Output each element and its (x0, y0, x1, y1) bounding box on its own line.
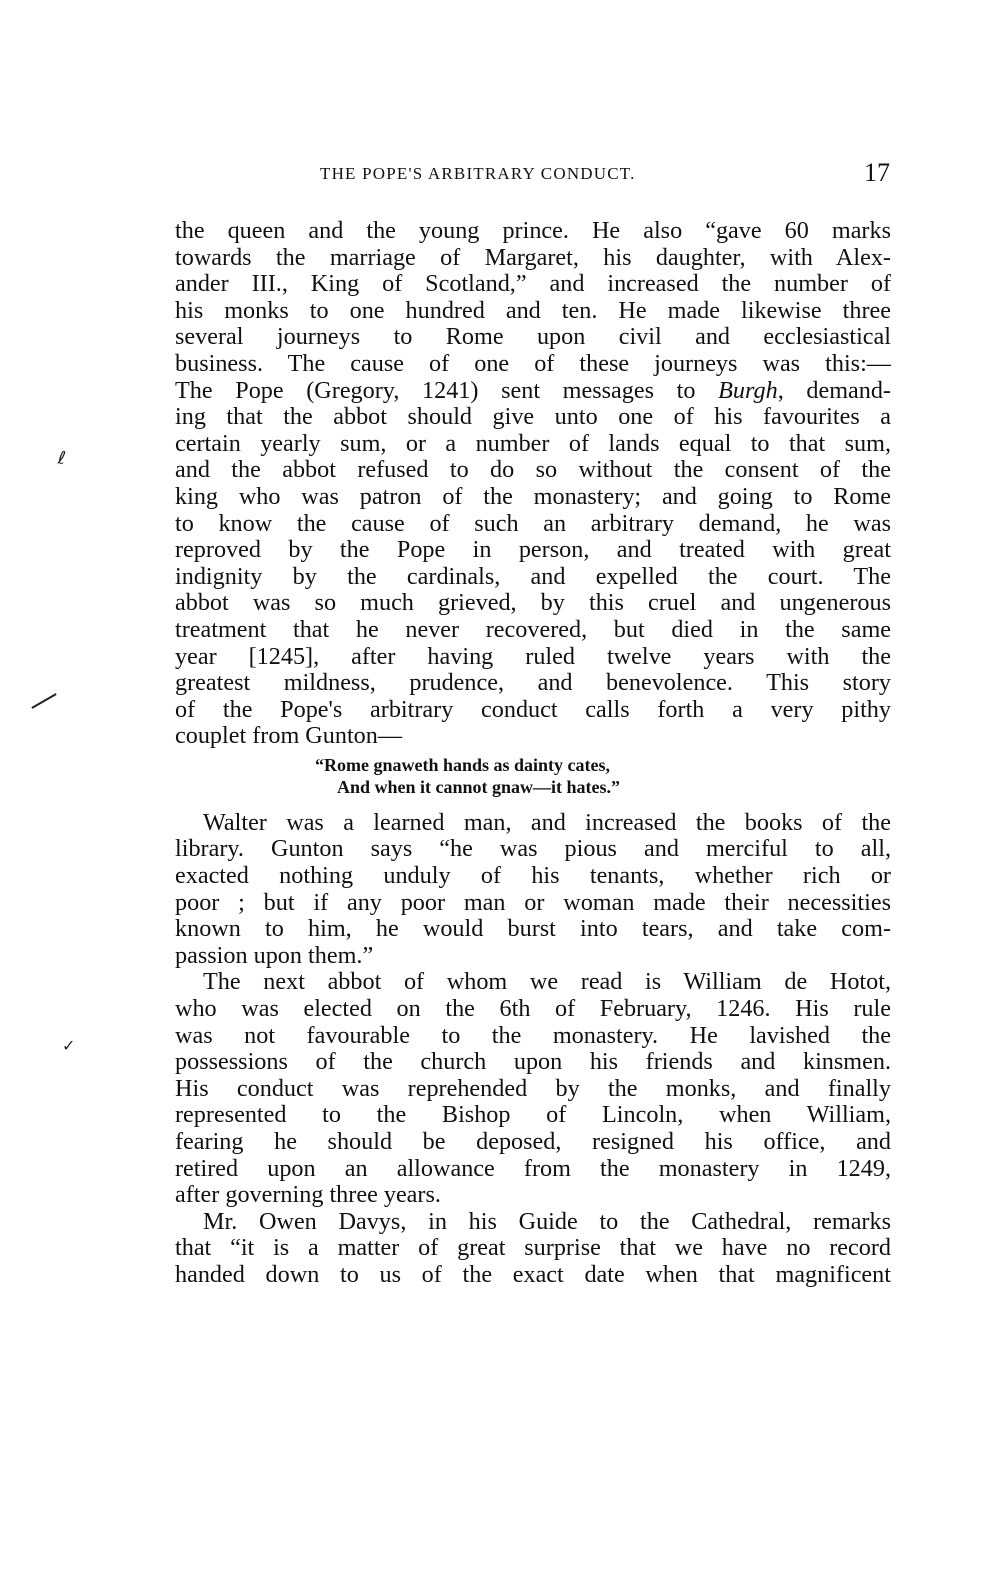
text-line: The Pope (Gregory, 1241) sent messages t… (175, 378, 891, 405)
text-line: reproved by the Pope in person, and trea… (175, 537, 891, 564)
verse-couplet: “Rome gnaweth hands as dainty cates, And… (175, 754, 891, 798)
body-text: the queen and the young prince. He also … (175, 218, 891, 1289)
text-run: , demand- (778, 377, 891, 404)
text-line: greatest mildness, prudence, and benevol… (175, 670, 891, 697)
running-head: The Pope's Arbitrary Conduct. 17 (175, 160, 890, 190)
pencil-stroke-icon (31, 693, 56, 709)
text-line: Walter was a learned man, and increased … (175, 810, 891, 837)
text-line: king who was patron of the monastery; an… (175, 484, 891, 511)
check-mark-icon: ✓ (62, 1036, 75, 1055)
text-line: retired upon an allowance from the monas… (175, 1156, 891, 1183)
verse-line: “Rome gnaweth hands as dainty cates, (175, 754, 891, 776)
text-line: ander III., King of Scotland,” and incre… (175, 271, 891, 298)
text-line: treatment that he never recovered, but d… (175, 617, 891, 644)
page-number: 17 (864, 158, 890, 188)
place-name-burgh: Burgh (718, 377, 778, 404)
text-line: poor ; but if any poor man or woman made… (175, 890, 891, 917)
verse-line: And when it cannot gnaw—it hates.” (175, 776, 891, 798)
text-line: His conduct was reprehended by the monks… (175, 1076, 891, 1103)
text-line: represented to the Bishop of Lincoln, wh… (175, 1102, 891, 1129)
text-line: was not favourable to the monastery. He … (175, 1023, 891, 1050)
text-line: after governing three years. (175, 1182, 891, 1209)
text-line: known to him, he would burst into tears,… (175, 916, 891, 943)
text-line: who was elected on the 6th of February, … (175, 996, 891, 1023)
pencil-mark-icon: ℓ (57, 448, 67, 470)
running-title: The Pope's Arbitrary Conduct. (320, 164, 636, 184)
text-line: Mr. Owen Davys, in his Guide to the Cath… (175, 1209, 891, 1236)
text-line: of the Pope's arbitrary conduct calls fo… (175, 697, 891, 724)
text-line: fearing he should be deposed, resigned h… (175, 1129, 891, 1156)
text-line: the queen and the young prince. He also … (175, 218, 891, 245)
text-line: several journeys to Rome upon civil and … (175, 324, 891, 351)
text-line: year [1245], after having ruled twelve y… (175, 644, 891, 671)
text-line: The next abbot of whom we read is Willia… (175, 969, 891, 996)
paragraph-william-de-hotot: The next abbot of whom we read is Willia… (175, 969, 891, 1208)
paragraph-walter: Walter was a learned man, and increased … (175, 810, 891, 970)
text-line: towards the marriage of Margaret, his da… (175, 245, 891, 272)
text-line: to know the cause of such an arbitrary d… (175, 511, 891, 538)
text-line: handed down to us of the exact date when… (175, 1262, 891, 1289)
text-line: passion upon them.” (175, 943, 891, 970)
text-line: ing that the abbot should give unto one … (175, 404, 891, 431)
text-line: possessions of the church upon his frien… (175, 1049, 891, 1076)
text-run: The Pope (Gregory, 1241) sent messages t… (175, 377, 718, 404)
text-line: abbot was so much grieved, by this cruel… (175, 590, 891, 617)
text-line: certain yearly sum, or a number of lands… (175, 431, 891, 458)
text-line: library. Gunton says “he was pious and m… (175, 836, 891, 863)
paragraph-1: the queen and the young prince. He also … (175, 218, 891, 750)
paragraph-owen-davys: Mr. Owen Davys, in his Guide to the Cath… (175, 1209, 891, 1289)
text-line: and the abbot refused to do so without t… (175, 457, 891, 484)
book-page: ℓ ✓ The Pope's Arbitrary Conduct. 17 the… (0, 0, 1000, 1579)
text-line: business. The cause of one of these jour… (175, 351, 891, 378)
text-line: his monks to one hundred and ten. He mad… (175, 298, 891, 325)
text-line: couplet from Gunton— (175, 723, 891, 750)
text-line: that “it is a matter of great surprise t… (175, 1235, 891, 1262)
text-line: exacted nothing unduly of his tenants, w… (175, 863, 891, 890)
text-line: indignity by the cardinals, and expelled… (175, 564, 891, 591)
